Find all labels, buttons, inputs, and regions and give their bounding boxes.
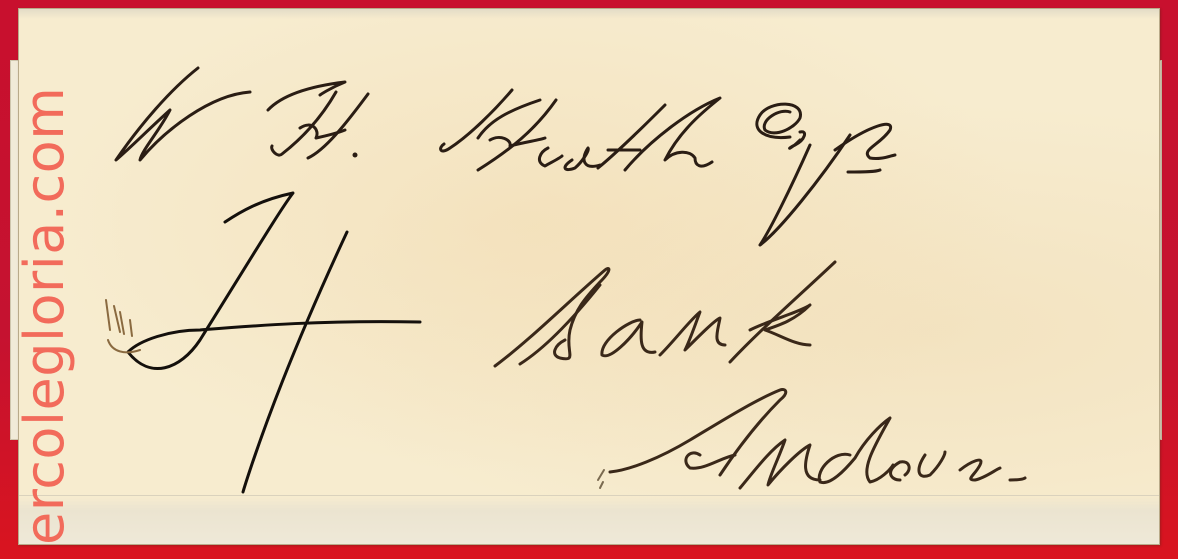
- watermark-text: ercolegloria.com: [18, 87, 72, 545]
- ink-blot: [106, 300, 140, 352]
- ink-specks: [598, 470, 604, 488]
- handwritten-address: [0, 0, 1178, 559]
- handwriting-line-2: [495, 262, 835, 366]
- postage-rate-mark: [128, 193, 420, 492]
- handwriting-line-3: [610, 389, 1025, 488]
